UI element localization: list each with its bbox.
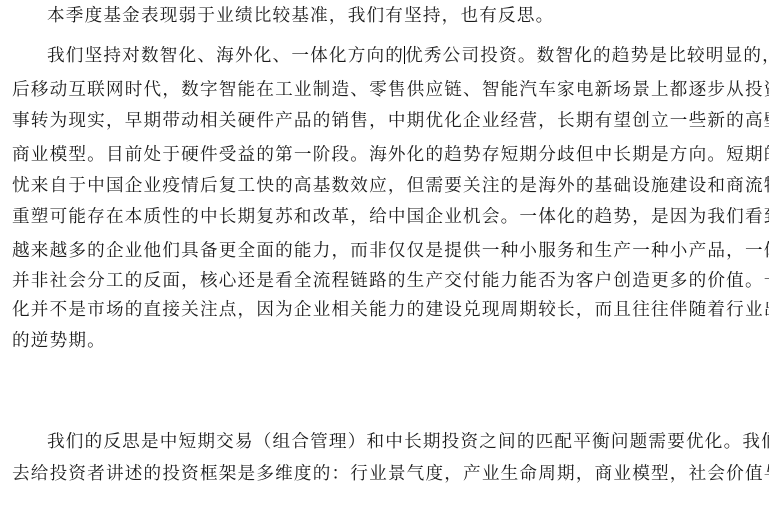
paragraph-2-line-4: 商业模型。目前处于硬件受益的第一阶段。海外化的趋势存短期分歧但中长期是方向。短期… xyxy=(12,144,769,166)
paragraph-2-line-7: 越来越多的企业他们具备更全面的能力，而非仅仅是提供一种小服务和生产一种小产品，一… xyxy=(12,240,769,262)
paragraph-2-line-5: 忧来自于中国企业疫情后复工快的高基数效应，但需要关注的是海外的基础设施建设和商流… xyxy=(12,175,769,197)
text-before-cursor: 我们坚持对数智化、海外化、一体化方向的 xyxy=(47,46,404,66)
paragraph-2-line-3: 事转为现实，早期带动相关硬件产品的销售，中期优化企业经营，长期有望创立一些新的高… xyxy=(12,110,769,132)
paragraph-2-line-1[interactable]: 我们坚持对数智化、海外化、一体化方向的优秀公司投资。数智化的趋势是比较明显的，在 xyxy=(47,45,769,67)
paragraph-2-line-8: 并非社会分工的反面，核心还是看全流程链路的生产交付能力能否为客户创造更多的价值。… xyxy=(12,270,769,292)
paragraph-2-line-9: 化并不是市场的直接关注点，因为企业相关能力的建设兑现周期较长，而且往往伴随着行业… xyxy=(12,299,769,321)
text-after-cursor: 优秀公司投资。数智化的趋势是比较明显的，在 xyxy=(405,46,769,66)
paragraph-3-line-2: 去给投资者讲述的投资框架是多维度的：行业景气度，产业生命周期，商业模型，社会价值… xyxy=(12,463,769,485)
paragraph-1-line-1: 本季度基金表现弱于业绩比较基准，我们有坚持，也有反思。 xyxy=(47,5,554,27)
paragraph-3-line-1: 我们的反思是中短期交易（组合管理）和中长期投资之间的匹配平衡问题需要优化。我们过 xyxy=(47,431,769,453)
paragraph-2-line-6: 重塑可能存在本质性的中长期复苏和改革，给中国企业机会。一体化的趋势，是因为我们看… xyxy=(12,206,769,228)
paragraph-2-line-2: 后移动互联网时代，数字智能在工业制造、零售供应链、智能汽车家电新场景上都逐步从投… xyxy=(12,79,769,101)
paragraph-2-line-10: 的逆势期。 xyxy=(12,330,106,352)
